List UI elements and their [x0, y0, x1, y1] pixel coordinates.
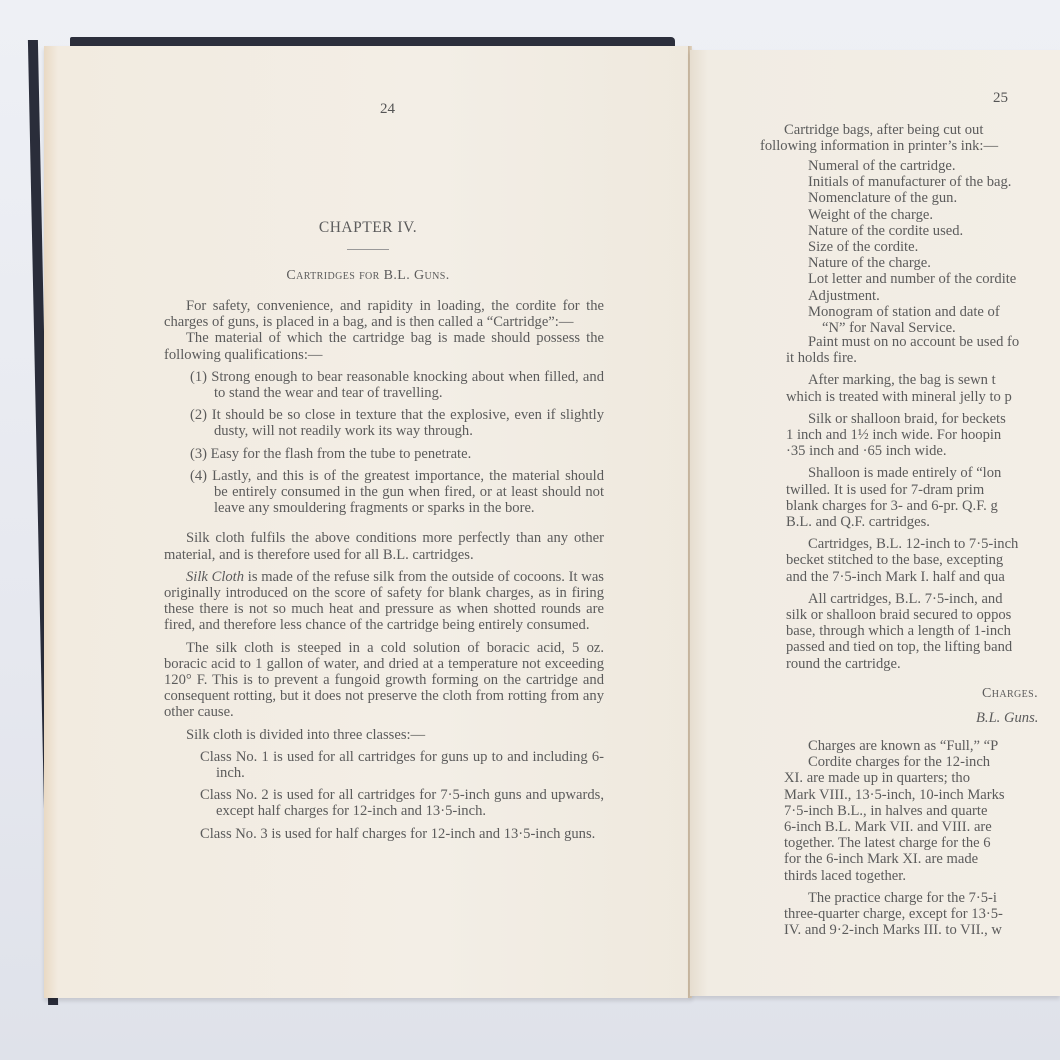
paragraph: For safety, convenience, and rapidity in… [164, 298, 604, 330]
list-item: Nomenclature of the gun. [808, 190, 1016, 206]
list-item: Nature of the charge. [808, 255, 1016, 271]
list-item: Monogram of station and date of [808, 304, 1016, 320]
italic-term: Silk Cloth [186, 569, 244, 585]
page-number-left: 24 [380, 101, 395, 118]
right-page: 25 Cartridge bags, after being cut out f… [690, 50, 1060, 996]
charges-body: Charges are known as “Full,” “P Cordite … [784, 738, 1005, 938]
list-item: Numeral of the cartridge. [808, 158, 1016, 174]
qualification-item: (4) Lastly, and this is of the greatest … [164, 468, 604, 517]
qualification-item: (3) Easy for the flash from the tube to … [164, 446, 604, 462]
left-page: 24 CHAPTER IV. Cartridges for B.L. Guns.… [44, 46, 692, 998]
bl-guns-heading: B.L. Guns. [976, 710, 1038, 726]
list-item: Lot letter and number of the cordite [808, 271, 1016, 287]
list-item: Initials of manufacturer of the bag. [808, 174, 1016, 190]
qualification-item: (2) It should be so close in texture tha… [164, 407, 604, 439]
list-item: Adjustment. [808, 288, 1016, 304]
right-body: Paint must on no account be used fo it h… [778, 334, 1019, 672]
class-item: Class No. 1 is used for all cartridges f… [164, 749, 604, 781]
paragraph: The silk cloth is steeped in a cold solu… [164, 640, 604, 721]
chapter-title: CHAPTER IV. [44, 220, 692, 236]
right-intro: Cartridge bags, after being cut out foll… [760, 122, 998, 154]
paragraph: Silk Cloth is made of the refuse silk fr… [164, 569, 604, 634]
list-item: Nature of the cordite used. [808, 223, 1016, 239]
paragraph: The material of which the cartridge bag … [164, 330, 604, 362]
marking-list: Numeral of the cartridge. Initials of ma… [778, 158, 1016, 336]
list-item: Weight of the charge. [808, 207, 1016, 223]
class-item: Class No. 2 is used for all cartridges f… [164, 787, 604, 819]
section-title: Cartridges for B.L. Guns. [44, 268, 692, 284]
charges-heading: Charges. [982, 686, 1038, 702]
paragraph: Silk cloth fulfils the above conditions … [164, 530, 604, 562]
paragraph: Silk cloth is divided into three classes… [164, 727, 604, 743]
qualification-item: (1) Strong enough to bear reasonable kno… [164, 369, 604, 401]
chapter-rule [347, 249, 389, 250]
class-item: Class No. 3 is used for half charges for… [164, 826, 604, 842]
left-page-body: For safety, convenience, and rapidity in… [164, 298, 604, 842]
page-number-right: 25 [993, 90, 1008, 107]
list-item: Size of the cordite. [808, 239, 1016, 255]
